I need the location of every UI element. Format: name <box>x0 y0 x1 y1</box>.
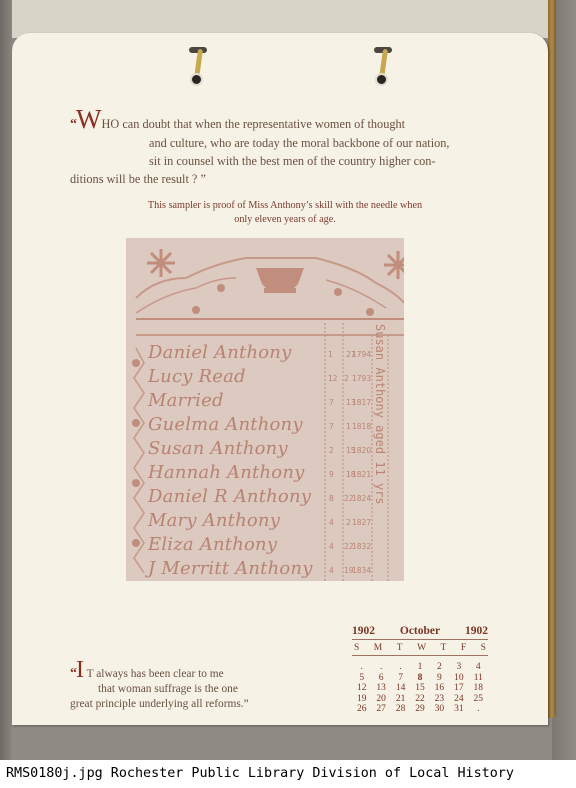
calendar-month: 1902 October 1902 S M T W T F S . . . 1 … <box>352 625 488 715</box>
sampler-row-name: Daniel Anthony <box>148 342 291 363</box>
day-cell: 29 <box>410 704 429 715</box>
sampler-year: 1794 <box>352 350 371 359</box>
sampler-row-name: Lucy Read <box>148 366 246 387</box>
sampler-row-name: Susan Anthony <box>148 438 288 459</box>
calendar-cover-edge <box>548 0 556 718</box>
day-cell: 18 <box>469 683 488 694</box>
sampler-row-name: Hannah Anthony <box>148 462 304 483</box>
day-cell: 10 <box>449 673 468 684</box>
sampler-year: 1818 <box>352 422 371 431</box>
quote-bottom: “I T always has been clear to me that wo… <box>70 661 310 712</box>
background-left <box>0 0 12 760</box>
image-caption-footer: RMS0180j.jpg Rochester Public Library Di… <box>0 760 576 788</box>
punch-hole <box>190 73 203 86</box>
sampler-year: 1820 <box>352 446 371 455</box>
punch-hole <box>375 73 388 86</box>
day-cell: 5 <box>352 673 371 684</box>
sampler-vertical-signature: Susan Anthony aged 11 yrs <box>373 324 387 505</box>
day-cell: 11 <box>469 673 488 684</box>
calendar-month-name: October <box>400 625 440 637</box>
calendar-weekdays: S M T W T F S <box>352 640 488 656</box>
binder-ring-right <box>372 47 396 87</box>
sampler-month: 8 <box>329 494 334 503</box>
sampler-year: 1821 <box>352 470 371 479</box>
quote-text: HO can doubt that when the representativ… <box>101 117 405 131</box>
quote-line: sit in counsel with the best men of the … <box>70 152 500 170</box>
quote-line: ditions will be the result ? ” <box>70 170 500 188</box>
sampler-year: 1827 <box>352 518 371 527</box>
day-cell: 31 <box>449 704 468 715</box>
day-cell: 3 <box>449 662 468 673</box>
day-cell: . <box>352 662 371 673</box>
day-cell: 26 <box>352 704 371 715</box>
quote-line: and culture, who are today the moral bac… <box>70 134 500 152</box>
drop-cap: I <box>76 657 84 683</box>
day-cell: 16 <box>430 683 449 694</box>
weekday: T <box>397 643 403 653</box>
quote-top: “WHO can doubt that when the representat… <box>70 110 500 188</box>
day-cell: 2 <box>430 662 449 673</box>
day-cell: 6 <box>371 673 390 684</box>
day-cell: 22 <box>410 694 429 705</box>
sampler-month: 9 <box>329 470 334 479</box>
caption-line: This sampler is proof of Miss Anthony’s … <box>110 199 460 213</box>
calendar-year-right: 1902 <box>465 625 488 637</box>
day-cell: . <box>391 662 410 673</box>
sampler-row-name: Daniel R Anthony <box>148 486 311 507</box>
day-cell: 27 <box>371 704 390 715</box>
sampler-row-name: J Merritt Anthony <box>148 558 313 579</box>
weekday: W <box>417 643 426 653</box>
sampler-month: 2 <box>329 446 334 455</box>
sampler-year: 1793 <box>352 374 371 383</box>
calendar-year-left: 1902 <box>352 625 375 637</box>
weekday: F <box>461 643 466 653</box>
day-cell: 1 <box>410 662 429 673</box>
day-cell: 15 <box>410 683 429 694</box>
sampler-row-name: Eliza Anthony <box>148 534 277 555</box>
weekday: T <box>441 643 447 653</box>
day-cell: 7 <box>391 673 410 684</box>
quote-line: “I T always has been clear to me <box>70 661 310 682</box>
day-cell: 28 <box>391 704 410 715</box>
sampler-row-name: Guelma Anthony <box>148 414 303 435</box>
day-cell: 17 <box>449 683 468 694</box>
sampler-year: 1817 <box>352 398 371 407</box>
sampler-month: 1 <box>328 350 333 359</box>
day-cell: 4 <box>469 662 488 673</box>
sampler-day: 1 <box>346 422 351 431</box>
calendar-grid: . . . 1 2 3 4 5 6 7 8 9 10 11 12 13 14 1… <box>352 662 488 715</box>
sampler-day: 2 <box>344 374 349 383</box>
sampler-year: 1832 <box>352 542 371 551</box>
day-cell: 9 <box>430 673 449 684</box>
day-cell: 14 <box>391 683 410 694</box>
day-cell: . <box>469 704 488 715</box>
quote-line: great principle underlying all reforms.” <box>70 697 310 712</box>
sampler-year: 1834 <box>352 566 371 575</box>
quote-line: “WHO can doubt that when the representat… <box>70 110 500 134</box>
day-cell: 20 <box>371 694 390 705</box>
sampler-month: 7 <box>329 398 334 407</box>
sampler-month: 4 <box>329 518 334 527</box>
sampler-month: 7 <box>329 422 334 431</box>
quote-line: that woman suffrage is the one <box>70 682 310 697</box>
sampler-day: 2 <box>346 518 351 527</box>
weekday: M <box>374 643 382 653</box>
binder-ring-left <box>187 47 211 87</box>
sampler-month: 4 <box>329 566 334 575</box>
day-cell: 12 <box>352 683 371 694</box>
day-cell: 23 <box>430 694 449 705</box>
weekday: S <box>481 643 486 653</box>
day-cell: 25 <box>469 694 488 705</box>
caption-line: only eleven years of age. <box>110 213 460 227</box>
image-caption: This sampler is proof of Miss Anthony’s … <box>110 199 460 227</box>
day-cell: 19 <box>352 694 371 705</box>
drop-cap: W <box>76 104 101 134</box>
day-cell: 24 <box>449 694 468 705</box>
day-cell: . <box>371 662 390 673</box>
day-cell-highlighted: 8 <box>410 673 429 684</box>
day-cell: 30 <box>430 704 449 715</box>
quote-text: T always has been clear to me <box>87 668 224 680</box>
sampler-row-name: Mary Anthony <box>148 510 280 531</box>
weekday: S <box>354 643 359 653</box>
sampler-year: 1824 <box>352 494 371 503</box>
calendar-header: 1902 October 1902 <box>352 625 488 640</box>
sampler-month: 4 <box>329 542 334 551</box>
day-cell: 13 <box>371 683 390 694</box>
day-cell: 21 <box>391 694 410 705</box>
sampler-month: 12 <box>328 374 338 383</box>
sampler-photo: Daniel Anthony Lucy Read Married Guelma … <box>126 238 404 581</box>
sampler-row-name: Married <box>148 390 224 411</box>
